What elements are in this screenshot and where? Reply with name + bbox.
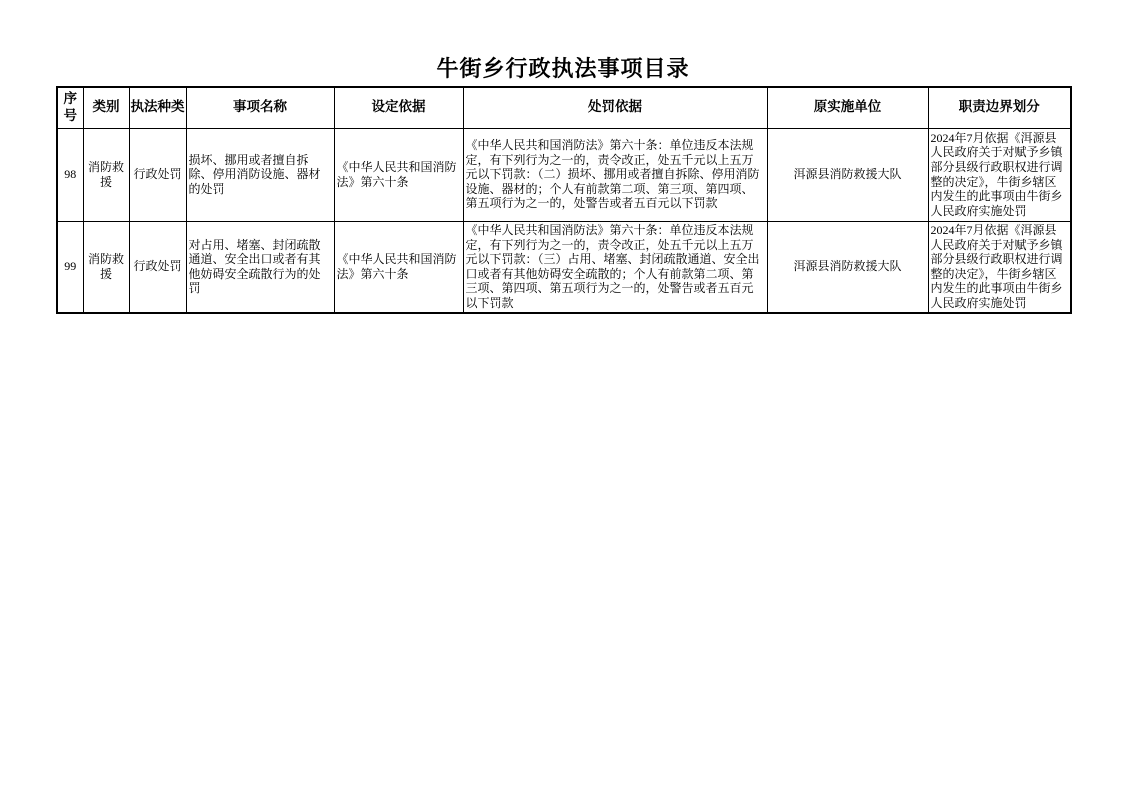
header-enforcement-type: 执法种类 (129, 87, 186, 128)
cell-penalty-basis: 《中华人民共和国消防法》第六十条：单位违反本法规定，有下列行为之一的，责令改正，… (463, 128, 767, 221)
document-page: 牛街乡行政执法事项目录 序号 类别 执法种类 事项名称 设定依据 处罚依据 原实… (0, 0, 1122, 793)
table-header-row: 序号 类别 执法种类 事项名称 设定依据 处罚依据 原实施单位 职责边界划分 (57, 87, 1071, 128)
cell-enforcement-type: 行政处罚 (129, 221, 186, 313)
header-setting-basis: 设定依据 (334, 87, 463, 128)
cell-item-name: 损坏、挪用或者擅自拆除、停用消防设施、器材的处罚 (186, 128, 334, 221)
header-item-name: 事项名称 (186, 87, 334, 128)
header-boundary: 职责边界划分 (928, 87, 1071, 128)
cell-original-unit: 洱源县消防救援大队 (767, 221, 928, 313)
cell-enforcement-type: 行政处罚 (129, 128, 186, 221)
cell-setting-basis: 《中华人民共和国消防法》第六十条 (334, 221, 463, 313)
header-original-unit: 原实施单位 (767, 87, 928, 128)
cell-original-unit: 洱源县消防救援大队 (767, 128, 928, 221)
table-row: 99 消防救援 行政处罚 对占用、堵塞、封闭疏散通道、安全出口或者有其他妨碍安全… (57, 221, 1071, 313)
enforcement-items-table: 序号 类别 执法种类 事项名称 设定依据 处罚依据 原实施单位 职责边界划分 9… (56, 86, 1072, 314)
header-category: 类别 (83, 87, 129, 128)
page-title: 牛街乡行政执法事项目录 (56, 52, 1070, 83)
cell-boundary: 2024年7月依据《洱源县人民政府关于对赋予乡镇部分县级行政职权进行调整的决定》… (928, 128, 1071, 221)
cell-setting-basis: 《中华人民共和国消防法》第六十条 (334, 128, 463, 221)
cell-penalty-basis: 《中华人民共和国消防法》第六十条：单位违反本法规定，有下列行为之一的，责令改正，… (463, 221, 767, 313)
cell-category: 消防救援 (83, 128, 129, 221)
cell-item-name: 对占用、堵塞、封闭疏散通道、安全出口或者有其他妨碍安全疏散行为的处罚 (186, 221, 334, 313)
header-penalty-basis: 处罚依据 (463, 87, 767, 128)
header-seq: 序号 (57, 87, 83, 128)
cell-seq: 98 (57, 128, 83, 221)
table-row: 98 消防救援 行政处罚 损坏、挪用或者擅自拆除、停用消防设施、器材的处罚 《中… (57, 128, 1071, 221)
cell-boundary: 2024年7月依据《洱源县人民政府关于对赋予乡镇部分县级行政职权进行调整的决定》… (928, 221, 1071, 313)
cell-category: 消防救援 (83, 221, 129, 313)
cell-seq: 99 (57, 221, 83, 313)
